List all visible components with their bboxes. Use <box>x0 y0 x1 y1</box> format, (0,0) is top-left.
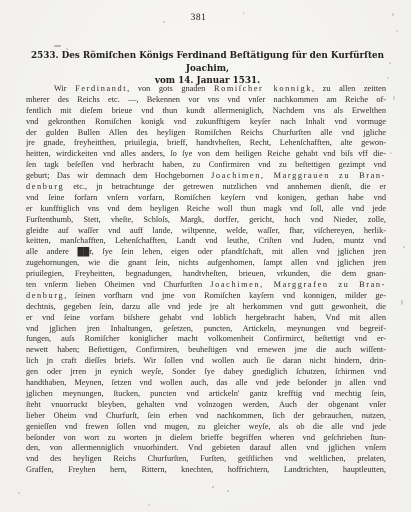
text-line: Graffen, Freyhen hern, Rittern, knechten… <box>26 465 386 476</box>
scan-speck <box>387 77 389 79</box>
text-line: genieſſen vnd frewen ſollen vnd mugen, z… <box>26 422 386 433</box>
text-line: denburg etc., jn betrachtunge der getrew… <box>26 182 386 193</box>
scan-speck <box>227 490 229 492</box>
scan-speck <box>212 486 214 488</box>
text-line: vnd jglichen jren Inhaltungen, geſetzen,… <box>26 324 386 335</box>
text-line: ſen tagk beſeſſen vnd herbracht haben, z… <box>26 160 386 171</box>
text-line: fentlich mit dieſem brieue vnd thun kund… <box>26 106 386 117</box>
scan-speck <box>54 45 61 47</box>
text-line: vnd gekronthen Romiſchen konigk vnd zuku… <box>26 117 386 128</box>
scan-speck <box>401 300 403 305</box>
scan-speck <box>392 13 394 16</box>
text-line: lich jn craft dieſſes briefs. Wir ſollen… <box>26 356 386 367</box>
text-line: geburt; Das wir demnach dem Hochgebornen… <box>26 171 386 182</box>
text-line: gleidte auf waſſer vnd auff lande, wiltp… <box>26 226 386 237</box>
text-line: Wir Ferdinandt, von gots gnaden Romiſche… <box>26 84 386 95</box>
letterspaced-name: denburg <box>26 182 64 191</box>
text-line: denburg, ſeinen vorfharn vnd jme von Rom… <box>26 291 386 302</box>
text-line: Furſtenthumb, Stett, vheſte, Schloſs, Ma… <box>26 215 386 226</box>
text-line: gen oder jrren jn eynich weyſe, Sonder ſ… <box>26 367 386 378</box>
scanned-book-page: 381 2533. Des Römiſchen Königs Ferdinand… <box>0 0 411 512</box>
scan-speck <box>390 152 392 154</box>
scan-speck <box>393 96 395 100</box>
document-heading: 2533. Des Römiſchen Königs Ferdinand Beſ… <box>18 50 397 88</box>
body-text: Wir Ferdinandt, von gots gnaden Romiſche… <box>26 84 386 476</box>
scan-speck <box>148 504 150 506</box>
text-line: handthaben, Meynen, ſetzen vnd wollen au… <box>26 378 386 389</box>
scan-speck <box>403 246 405 248</box>
text-line: zugehornungen, wie die gnant ſein, nicht… <box>26 258 386 269</box>
text-line: fungen, auſs Romiſcher koniglicher macht… <box>26 334 386 345</box>
letterspaced-name: Joachimen, Marggrafen zu Bran- <box>210 280 386 289</box>
text-line: priuilegien, Freyheitten, begnadungen, h… <box>26 269 386 280</box>
text-line: vnd des heyligen Reichs Churfurſten, Fur… <box>26 454 386 465</box>
text-line: er vnd ſeine vorfarn biſshere gehabt vnd… <box>26 313 386 324</box>
scan-speck <box>66 48 68 50</box>
text-line: mherer des Reichs etc. —, Bekennen vor v… <box>26 95 386 106</box>
text-line: vnd ſeine forfarn vnſern vorfarn, Romiſc… <box>26 193 386 204</box>
text-line: ſteht vnuorruckt bleyben, gehalten vnd v… <box>26 400 386 411</box>
text-line: jglichen meynungen, ſtucken, puncten vnd… <box>26 389 386 400</box>
scan-speck <box>18 492 20 494</box>
text-line: den, von allermenniglich vnuorhindert. V… <box>26 443 386 454</box>
heading-title-line: 2533. Des Römiſchen Königs Ferdinand Beſ… <box>18 50 397 75</box>
text-line: jre gnade, freyheitthen, priuilegia, bri… <box>26 138 386 149</box>
scan-speck <box>389 62 391 64</box>
text-line: ten vnſerm lieben Oheimen vnd Churfurſte… <box>26 280 386 291</box>
scan-speck <box>163 21 165 23</box>
text-line: keitten, manſchafften, Lehenſchafften, L… <box>26 236 386 247</box>
text-line: heitten, wirdickeiten vnd alles anders, … <box>26 149 386 160</box>
text-line: er kunfftiglich vns vnd dem heyligen Rei… <box>26 204 386 215</box>
page-number: 381 <box>0 13 397 23</box>
text-line: newett haben; Beſtettigen, Confirmiren, … <box>26 345 386 356</box>
text-line: lieber Oheim vnd Churfurſt, ſein erben v… <box>26 411 386 422</box>
scan-speck <box>396 30 398 32</box>
scan-speck <box>389 419 391 421</box>
letterspaced-name: Joachimen, Marggrauen zu Bran- <box>211 171 386 180</box>
text-line: dechtnis, gegeben ſein, darzu alle vnd j… <box>26 302 386 313</box>
letterspaced-name: denburg <box>26 291 64 300</box>
letterspaced-name: Romiſcher konnigk <box>214 84 312 93</box>
text-line: der gulden Bullen Allen des heyligen Rom… <box>26 128 386 139</box>
text-line: beſonder von wort zu worten jn dieſem br… <box>26 433 386 444</box>
letterspaced-name: Ferdinandt <box>75 84 127 93</box>
text-line: alle andere ██r, ſye ſein lehen, eigen o… <box>26 247 386 258</box>
scan-speck <box>243 12 244 15</box>
